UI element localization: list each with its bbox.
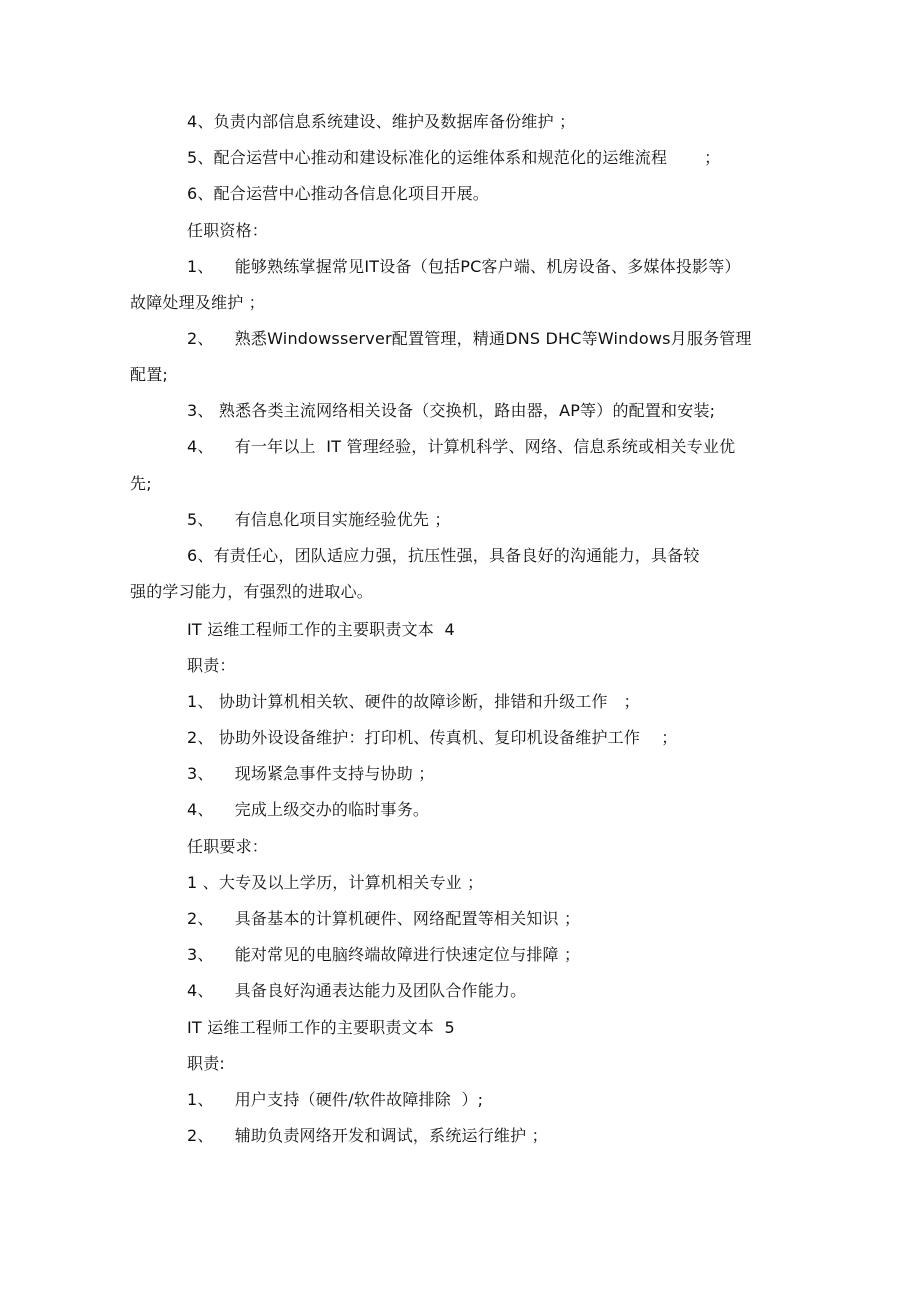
text-line: 3、 熟悉各类主流网络相关设备（交换机，路由器，AP等）的配置和安装;: [187, 401, 715, 421]
text-line: 4、 有一年以上 IT 管理经验，计算机科学、网络、信息系统或相关专业优: [187, 437, 735, 457]
text-line: 5、配合运营中心推动和建设标准化的运维体系和规范化的运维流程 ；: [187, 148, 720, 168]
text-line: 职责:: [187, 1054, 225, 1074]
text-line: IT 运维工程师工作的主要职责文本 4: [187, 620, 455, 640]
text-line: 6、有责任心，团队适应力强，抗压性强，具备良好的沟通能力，具备较: [187, 546, 700, 566]
text-line: 配置;: [130, 365, 168, 385]
text-line: 4、 完成上级交办的临时事务。: [187, 800, 429, 820]
text-line: 2、 辅助负责网络开发和调试，系统运行维护 ；: [187, 1126, 548, 1146]
text-line: 2、 熟悉Windowsserver配置管理，精通DNS DHC等Windows…: [187, 329, 752, 349]
text-line: 2、 具备基本的计算机硬件、网络配置等相关知识 ；: [187, 909, 580, 929]
text-line: 任职资格：: [187, 221, 268, 241]
text-line: 4、 具备良好沟通表达能力及团队合作能力。: [187, 981, 526, 1001]
text-line: 故障处理及维护 ；: [130, 293, 265, 313]
text-line: 3、 现场紧急事件支持与协助 ；: [187, 764, 434, 784]
text-line: 3、 能对常见的电脑终端故障进行快速定位与排障 ；: [187, 945, 580, 965]
text-line: 4、负责内部信息系统建设、维护及数据库备份维护 ；: [187, 112, 575, 132]
text-line: 1、 能够熟练掌握常见IT设备（包括PC客户端、机房设备、多媒体投影等）: [187, 257, 741, 277]
text-line: 强的学习能力，有强烈的进取心。: [130, 582, 373, 602]
text-line: 任职要求：: [187, 837, 268, 857]
text-line: 先;: [130, 474, 152, 494]
text-line: 2、 协助外设设备维护：打印机、传真机、复印机设备维护工作 ；: [187, 728, 677, 748]
text-line: 1、 协助计算机相关软、硬件的故障诊断，排错和升级工作 ；: [187, 692, 640, 712]
text-line: 6、配合运营中心推动各信息化项目开展。: [187, 184, 489, 204]
text-line: 职责：: [187, 656, 236, 676]
text-line: 1、 用户支持（硬件/软件故障排除 ）;: [187, 1090, 483, 1110]
text-line: 5、 有信息化项目实施经验优先 ；: [187, 510, 451, 530]
text-line: 1 、大专及以上学历，计算机相关专业 ；: [187, 873, 483, 893]
text-line: IT 运维工程师工作的主要职责文本 5: [187, 1018, 455, 1038]
